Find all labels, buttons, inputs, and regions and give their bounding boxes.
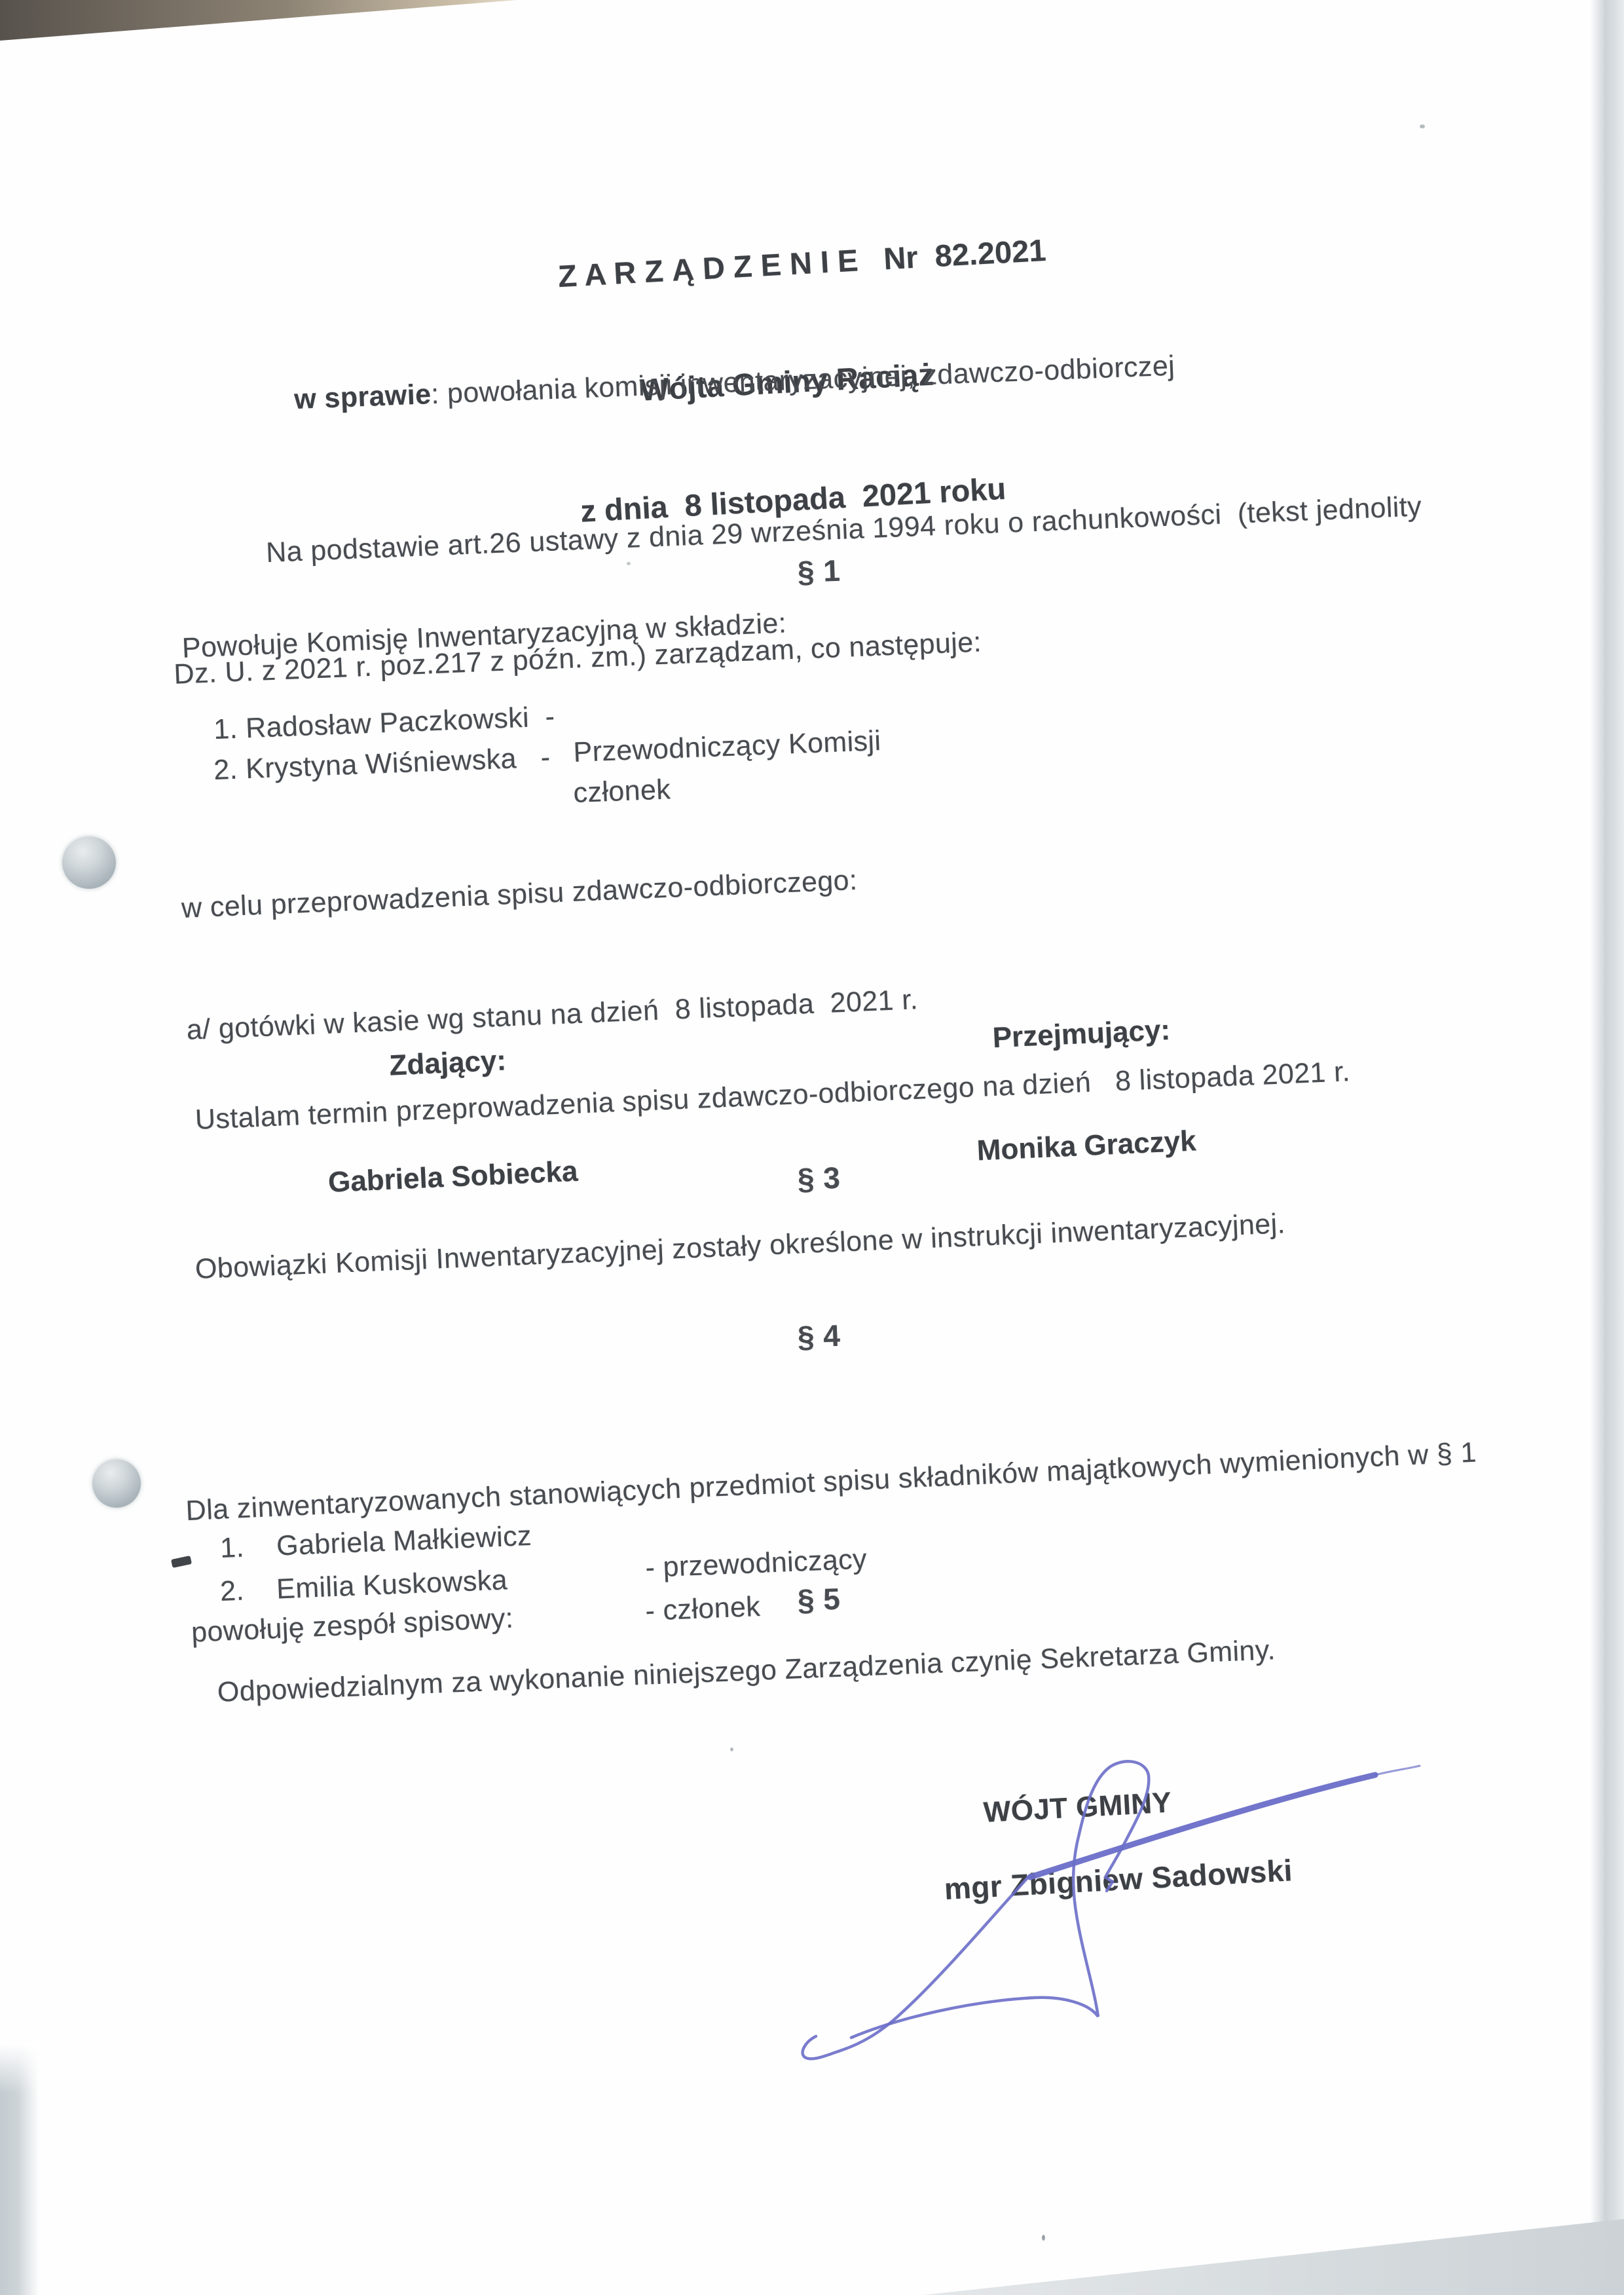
party-name: Gabriela Sobiecka (315, 1152, 591, 1203)
scan-speck (1042, 2235, 1045, 2241)
party-label: Zdający: (310, 1038, 586, 1089)
scan-edge-right (1590, 0, 1624, 2295)
subject-label: w sprawie (293, 379, 432, 415)
scan-speck (730, 1747, 733, 1751)
hole-punch-icon (92, 1459, 141, 1508)
section-1-heading: § 1 (797, 552, 841, 590)
team-member-name: 2. Emilia Kuskowska (219, 1564, 508, 1607)
section-5-heading: § 5 (797, 1580, 841, 1618)
signature-ink (753, 1736, 1441, 2063)
title-line-1: Z A R Z Ą D Z E N I E Nr 82.2021 (557, 233, 1004, 297)
team-member-role: - członek (644, 1588, 761, 1630)
scan-edge-top (0, 0, 524, 46)
scan-edge-bottom (904, 2214, 1624, 2295)
member-name: 2. Krystyna Wiśniewska - (213, 741, 551, 786)
subject-text: : powołania komisji inwentaryzacyjnej, z… (430, 350, 1175, 410)
legal-basis-line-1: Na podstawie art.26 ustawy z dnia 29 wrz… (168, 487, 1422, 576)
section-3-heading: § 3 (797, 1159, 841, 1197)
hole-punch-icon (62, 836, 116, 889)
section-4-heading: § 4 (797, 1317, 841, 1355)
purpose-line-1: w celu przeprowadzenia spisu zdawczo-odb… (181, 857, 914, 929)
scan-edge-left (0, 2043, 39, 2295)
scan-speck (1420, 124, 1425, 128)
party-label: Przejmujący: (951, 1009, 1211, 1058)
document-page: Z A R Z Ą D Z E N I E Nr 82.2021 Wójta G… (0, 0, 1624, 2295)
party-name: Monika Graczyk (957, 1121, 1217, 1170)
